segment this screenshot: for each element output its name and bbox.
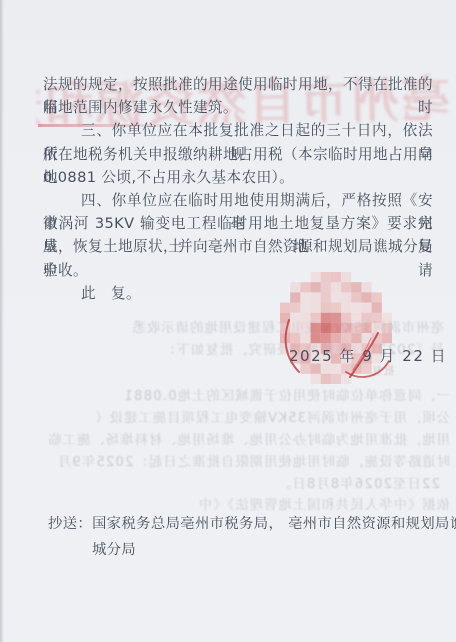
body-line: 市涡河 35KV 输变电工程临时用地土地复垦方案》要求完成土地复 (43, 212, 433, 235)
body-line: 三、你单位应在本批复批准之日起的三十日内，依法依规向 (43, 119, 433, 142)
bleedthrough-ghost-line: 一、同意你单位临时使用位于谯城区的土地0.0881 (28, 385, 450, 402)
scanned-document-page: 亳州市自然资源和规划局 亳州市涡河35KV输变电工程建设用地的请示收悉 号〔20… (0, 0, 456, 642)
bleedthrough-ghost-line: 22日至2026年8月8日。 (253, 473, 440, 490)
bleedthrough-ghost-line: 依据《中华人民共和国土地管理法》《中 (34, 494, 450, 511)
cc-recipients-line: 城分局 (92, 539, 136, 559)
bleedthrough-ghost-line: 公顷，用于亳州市涡河35KV输变电工程项目施工建设（ (28, 407, 450, 424)
approval-date: 2025 年 9 月 22 日 (289, 345, 447, 366)
body-line: 四、你单位应在临时用地使用期满后，严格按照《安徽亳州 (43, 189, 433, 212)
bleedthrough-ghost-line: 用地，批准用地为临时办公用地、堆场用地、材料堆场、施工临 (28, 429, 450, 446)
cc-recipients-line: 抄送：国家税务总局亳州市税务局， 亳州市自然资源和规划局谯 (48, 513, 448, 533)
body-line: 法规的规定，按照批准的用途使用临时用地，不得在批准的临时 (43, 73, 433, 96)
scan-edge-shadow (0, 0, 4, 642)
body-line: 0.0881 公顷,不占用永久基本农田）。 (43, 166, 433, 189)
body-line: 垦，恢复土地原状，并向亳州市自然资源和规划局谯城分局申请 (43, 235, 433, 258)
body-line: 此 复。 (43, 282, 433, 305)
document-body: 法规的规定，按照批准的用途使用临时用地，不得在批准的临时 用地范围内修建永久性建… (43, 73, 433, 305)
body-line: 所在地税务机关申报缴纳耕地占用税（本宗临时用地占用旱地 (43, 143, 433, 166)
bleedthrough-ghost-line: 时道路等设施，临时用地使用期限自批准之日起：2025年9月 (28, 451, 450, 468)
